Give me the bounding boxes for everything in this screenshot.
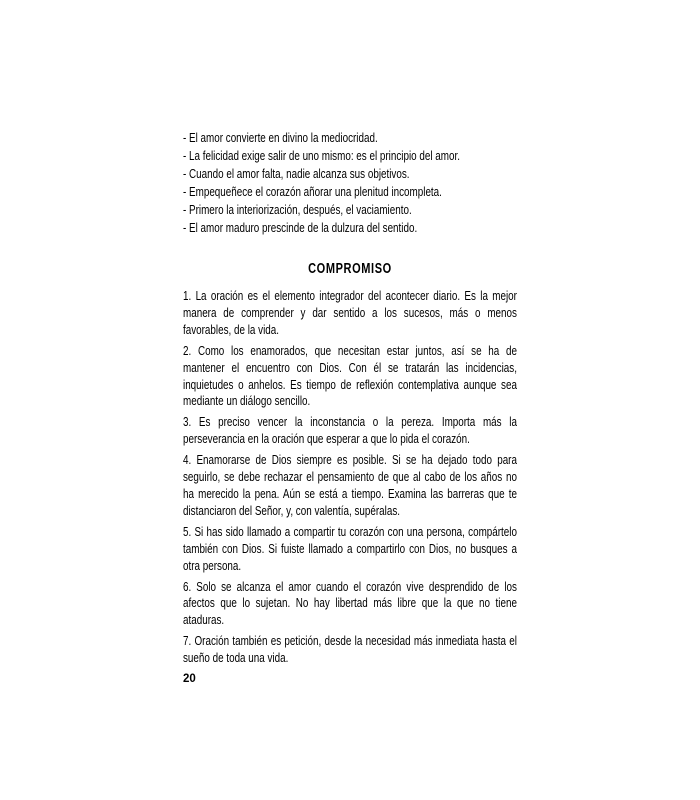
text-column: - El amor convierte en divino la mediocr… <box>183 129 517 667</box>
bullet-item: - La felicidad exige salir de uno mismo:… <box>183 147 517 165</box>
page-number: 20 <box>183 672 196 687</box>
body-paragraph: 1. La oración es el elemento integrador … <box>183 288 517 339</box>
body-paragraph: 4. Enamorarse de Dios siempre es posible… <box>183 452 517 520</box>
bullet-item: - El amor convierte en divino la mediocr… <box>183 129 517 147</box>
body-paragraph: 2. Como los enamorados, que necesitan es… <box>183 343 517 411</box>
section-heading: COMPROMISO <box>183 260 517 278</box>
bullet-item: - Empequeñece el corazón añorar una plen… <box>183 183 517 201</box>
body-paragraph: 5. Si has sido llamado a compartir tu co… <box>183 524 517 575</box>
body-paragraph: 3. Es preciso vencer la inconstancia o l… <box>183 414 517 448</box>
paragraph-block: 1. La oración es el elemento integrador … <box>183 288 517 667</box>
bullet-item: - El amor maduro prescinde de la dulzura… <box>183 219 517 237</box>
book-page: - El amor convierte en divino la mediocr… <box>0 0 700 800</box>
bullet-item: - Cuando el amor falta, nadie alcanza su… <box>183 165 517 183</box>
bullet-item: - Primero la interiorización, después, e… <box>183 201 517 219</box>
bullet-list: - El amor convierte en divino la mediocr… <box>183 129 517 237</box>
body-paragraph: 6. Solo se alcanza el amor cuando el cor… <box>183 579 517 630</box>
body-paragraph: 7. Oración también es petición, desde la… <box>183 633 517 667</box>
